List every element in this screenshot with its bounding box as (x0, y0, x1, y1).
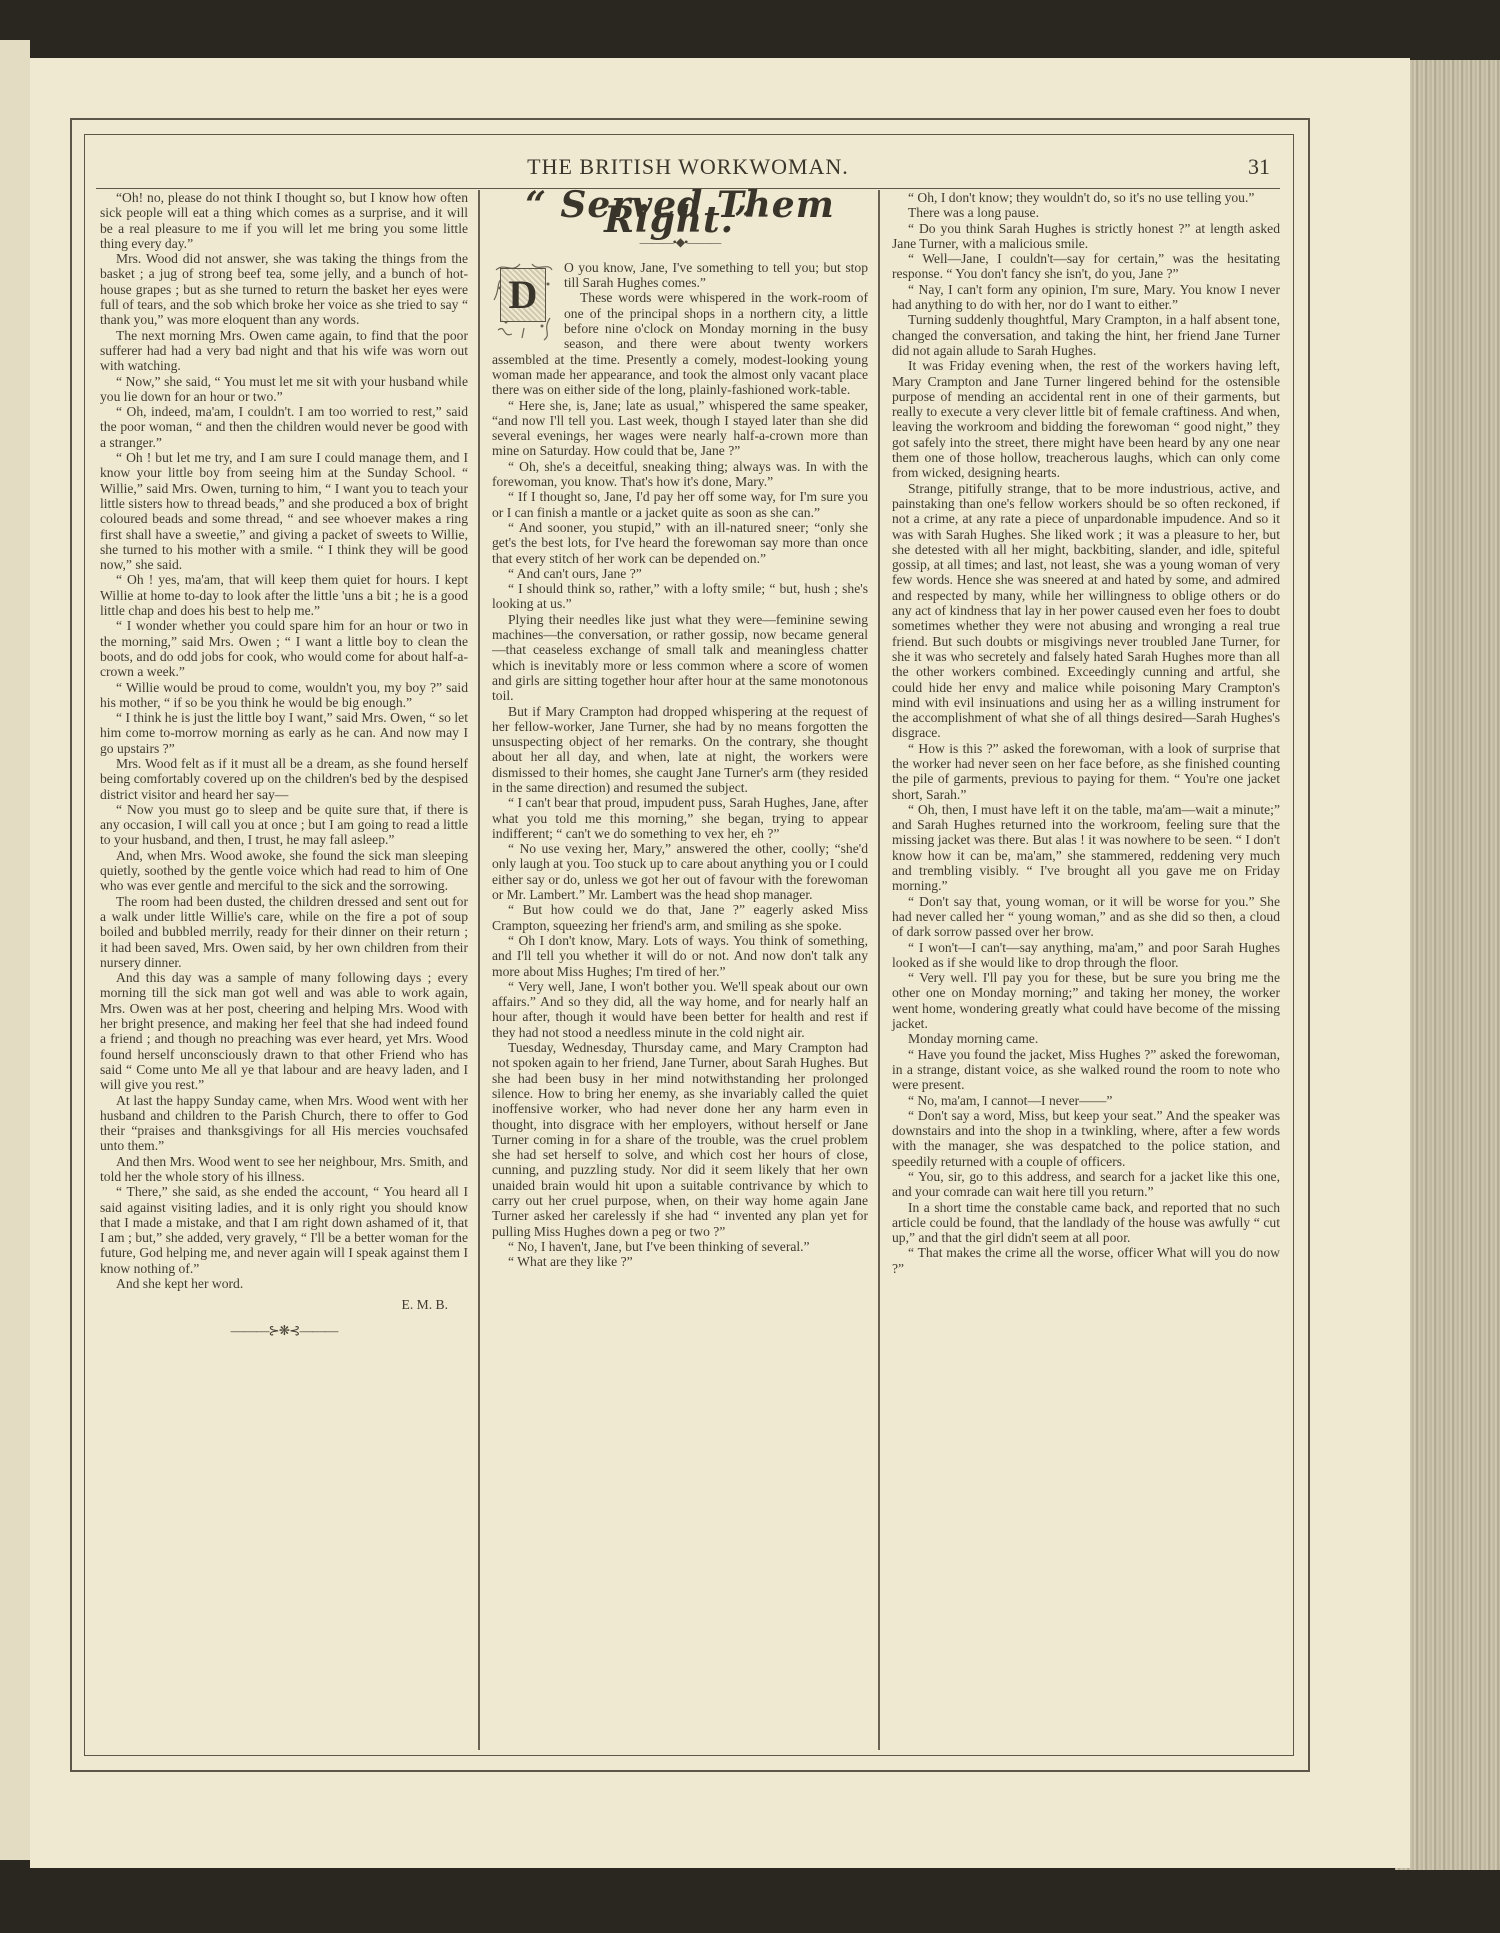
paragraph: “ Oh, then, I must have left it on the t… (892, 802, 1280, 894)
paragraph: But if Mary Crampton had dropped whisper… (492, 704, 868, 796)
column-middle: “ Served Them Right.” ———•◆•——— D O you … (492, 190, 868, 1269)
paragraph: “ Here she, is, Jane; late as usual,” wh… (492, 398, 868, 459)
paragraph: “ Oh, I don't know; they wouldn't do, so… (892, 190, 1280, 205)
column-divider (878, 190, 880, 1750)
paragraph: Tuesday, Wednesday, Thursday came, and M… (492, 1040, 868, 1239)
paragraph: “ Have you found the jacket, Miss Hughes… (892, 1047, 1280, 1093)
paragraph: “ Oh I don't know, Mary. Lots of ways. Y… (492, 933, 868, 979)
paragraph: Plying their needles like just what they… (492, 612, 868, 704)
paragraph: “Oh! no, please do not think I thought s… (100, 190, 468, 251)
paragraph: “ What are they like ?” (492, 1254, 868, 1269)
paragraph: “ I should think so, rather,” with a lof… (492, 581, 868, 612)
decorated-initial: D (492, 260, 556, 342)
column-right: “ Oh, I don't know; they wouldn't do, so… (892, 190, 1280, 1276)
paragraph: “ Don't say a word, Miss, but keep your … (892, 1108, 1280, 1169)
paragraph: Mrs. Wood felt as if it must all be a dr… (100, 756, 468, 802)
paragraph: “ Now you must go to sleep and be quite … (100, 802, 468, 848)
end-ornament: ———⊱❋⊰——— (100, 1323, 468, 1338)
paragraph: “ Oh, indeed, ma'am, I couldn't. I am to… (100, 404, 468, 450)
paragraph: “ I won't—I can't—say anything, ma'am,” … (892, 940, 1280, 971)
running-header: THE BRITISH WORKWOMAN. 31 (96, 148, 1280, 189)
paragraph: “ No, ma'am, I cannot—I never——” (892, 1093, 1280, 1108)
drop-cap-letter: D (500, 268, 546, 322)
paragraph: “ I can't bear that proud, impudent puss… (492, 795, 868, 841)
paragraph: Mrs. Wood did not answer, she was taking… (100, 251, 468, 327)
paragraph: In a short time the constable came back,… (892, 1200, 1280, 1246)
paragraph: “ Willie would be proud to come, wouldn'… (100, 680, 468, 711)
paragraph: And, when Mrs. Wood awoke, she found the… (100, 848, 468, 894)
paragraph: Turning suddenly thoughtful, Mary Crampt… (892, 312, 1280, 358)
paragraph: “ Don't say that, young woman, or it wil… (892, 894, 1280, 940)
paragraph: “ Oh ! yes, ma'am, that will keep them q… (100, 572, 468, 618)
author-signature: E. M. B. (100, 1297, 468, 1312)
paragraph: “ There,” she said, as she ended the acc… (100, 1184, 468, 1276)
paragraph: “ And sooner, you stupid,” with an ill-n… (492, 520, 868, 566)
paragraph: “ But how could we do that, Jane ?” eage… (492, 902, 868, 933)
paragraph: The next morning Mrs. Owen came again, t… (100, 328, 468, 374)
paragraph: “ No use vexing her, Mary,” answered the… (492, 841, 868, 902)
paragraph: “ Oh, she's a deceitful, sneaking thing;… (492, 459, 868, 490)
paragraph: “ If I thought so, Jane, I'd pay her off… (492, 489, 868, 520)
facing-page-edge (0, 40, 30, 1860)
paragraph: Strange, pitifully strange, that to be m… (892, 481, 1280, 741)
paragraph: “ How is this ?” asked the forewoman, wi… (892, 741, 1280, 802)
paragraph: “ Oh ! but let me try, and I am sure I c… (100, 450, 468, 572)
paragraph: And this day was a sample of many follow… (100, 970, 468, 1092)
paragraph: “ Do you think Sarah Hughes is strictly … (892, 221, 1280, 252)
story-title: “ Served Them Right.” (492, 198, 868, 229)
paragraph: “ And can't ours, Jane ?” (492, 566, 868, 581)
paragraph: And then Mrs. Wood went to see her neigh… (100, 1154, 468, 1185)
page-stack-edges (1395, 60, 1500, 1870)
paragraph: “ That makes the crime all the worse, of… (892, 1245, 1280, 1276)
paragraph: Monday morning came. (892, 1031, 1280, 1046)
column-divider (478, 190, 480, 1750)
paragraph: There was a long pause. (892, 205, 1280, 220)
paragraph: “ No, I haven't, Jane, but I've been thi… (492, 1239, 868, 1254)
column-left: “Oh! no, please do not think I thought s… (100, 190, 468, 1338)
paragraph: “ Well—Jane, I couldn't—say for certain,… (892, 251, 1280, 282)
paragraph: At last the happy Sunday came, when Mrs.… (100, 1093, 468, 1154)
title-ornament: ———•◆•——— (492, 235, 868, 250)
paragraph: “ You, sir, go to this address, and sear… (892, 1169, 1280, 1200)
paragraph: “ I think he is just the little boy I wa… (100, 710, 468, 756)
paragraph: “ I wonder whether you could spare him f… (100, 618, 468, 679)
paragraph: “ Very well. I'll pay you for these, but… (892, 970, 1280, 1031)
paragraph: And she kept her word. (100, 1276, 468, 1291)
page-number: 31 (1248, 154, 1270, 180)
masthead: THE BRITISH WORKWOMAN. (96, 154, 1280, 180)
paragraph: “ Nay, I can't form any opinion, I'm sur… (892, 282, 1280, 313)
paragraph: It was Friday evening when, the rest of … (892, 358, 1280, 480)
paragraph: The room had been dusted, the children d… (100, 894, 468, 970)
paragraph: “ Now,” she said, “ You must let me sit … (100, 374, 468, 405)
paragraph: “ Very well, Jane, I won't bother you. W… (492, 979, 868, 1040)
